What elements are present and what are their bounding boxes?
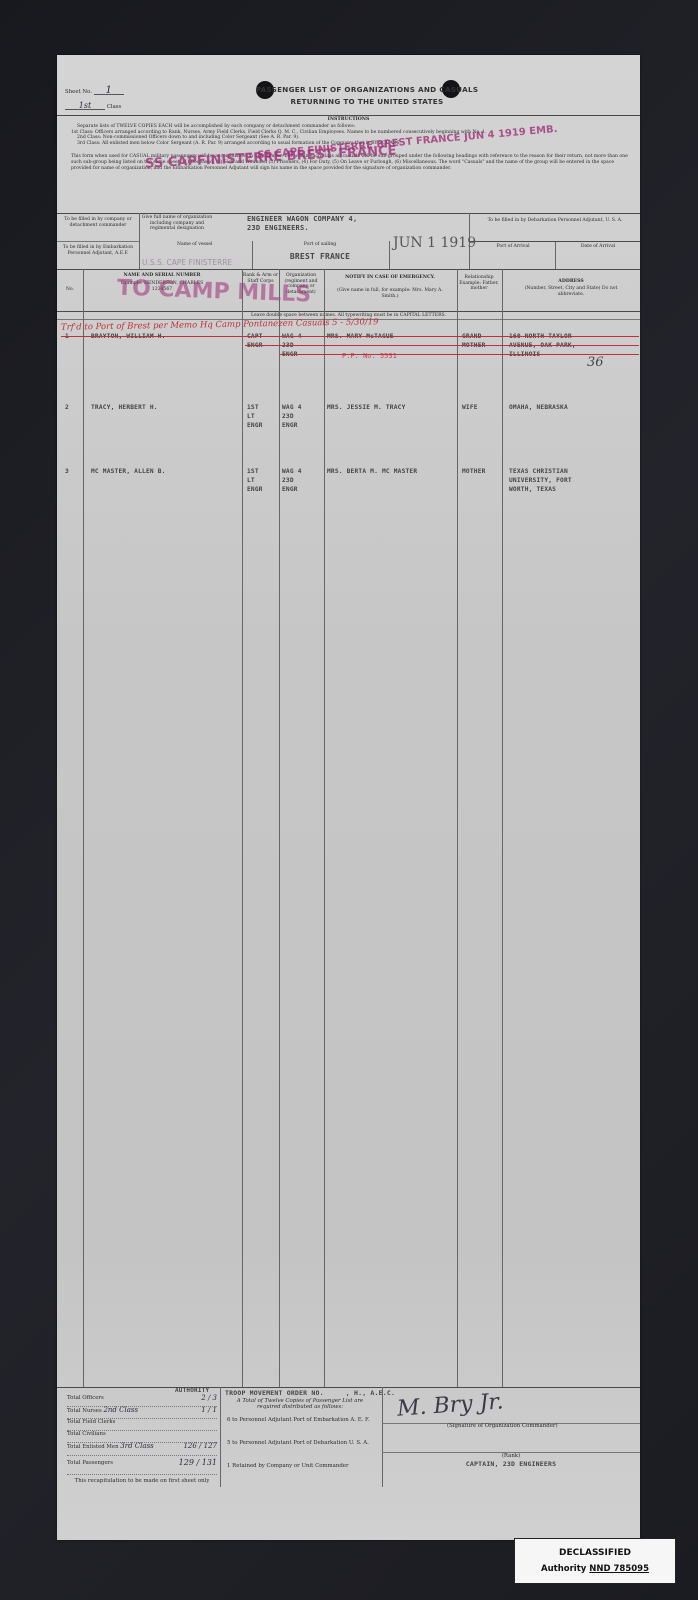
passenger-list-sheet: Sheet No. 1 1st Class PASSENGER LIST OF …: [57, 55, 640, 1540]
divider: [57, 1387, 640, 1388]
row-notify: MRS. JESSIE M. TRACY: [327, 403, 406, 412]
org-line: 23D: [282, 476, 302, 485]
divider: [139, 213, 140, 269]
recap-row: Total Officers 2 / 3: [67, 1395, 217, 1407]
date-arrival-label: Date of Arrival: [557, 244, 639, 250]
recap-label: Total Nurses: [67, 1408, 102, 1414]
divider: [220, 1387, 221, 1487]
port-sailing-value: BREST FRANCE: [255, 252, 385, 261]
org-line: 23D ENGINEERS.: [247, 224, 357, 233]
instructions-heading: INSTRUCTIONS: [57, 117, 640, 123]
rank-value: CAPTAIN, 23D ENGINEERS: [382, 1460, 640, 1469]
org-line: ENGR: [282, 485, 302, 494]
address-line: WORTH, TEXAS: [509, 485, 572, 494]
rank-line: ENGR: [247, 421, 263, 430]
divider: [469, 241, 640, 242]
authority-value: NND 785095: [589, 1564, 649, 1574]
strike-line: [61, 336, 639, 337]
port-arrival-label: Port of Arrival: [471, 244, 555, 250]
col-divider: [279, 269, 280, 1387]
recap-label: Total Enlisted Men: [67, 1444, 119, 1450]
row-no: 3: [65, 467, 69, 476]
recap-row: Total Passengers 129 / 131: [67, 1460, 217, 1475]
divider: [252, 241, 253, 269]
org-line: 23D: [282, 412, 302, 421]
sheet-no-label: Sheet No.: [65, 89, 92, 95]
declassified-authority: Authority NND 785095: [515, 1564, 675, 1574]
rank-label: (Rank): [382, 1453, 640, 1459]
date-sailing-stamp: JUN 1 1919: [393, 235, 476, 251]
row-rank: CAPT ENGR: [247, 332, 263, 350]
divider: [57, 311, 640, 312]
row-relationship: WIFE: [462, 403, 478, 412]
copies-item: 5 to Personnel Adjutant Port of Debarkat…: [227, 1440, 377, 1446]
col-divider: [457, 269, 458, 1387]
col-address-sub: (Number, Street, City and State) Do not …: [513, 286, 629, 297]
debark-fill-label: To be filled in by Debarkation Personnel…: [471, 218, 639, 224]
strike-line: [245, 345, 639, 346]
rank-line: 1ST: [247, 403, 263, 412]
camp-mills-stamp: TO CAMP MILLS: [117, 276, 312, 308]
divider: [382, 1387, 383, 1487]
embark-fill-label: To be filled in by Embarkation Personnel…: [59, 245, 137, 256]
commander-signature: M. Bry Jr.: [396, 1389, 504, 1421]
col-divider: [324, 269, 325, 1387]
org-line: ENGINEER WAGON COMPANY 4,: [247, 215, 357, 224]
col-divider: [502, 269, 503, 1387]
troop-order: TROOP MOVEMENT ORDER NO., H., A.E.C.: [225, 1389, 395, 1398]
strike-line: [279, 354, 639, 355]
recap-value: 1 / 1: [201, 1407, 217, 1413]
declassified-stamp: DECLASSIFIED Authority NND 785095: [514, 1538, 676, 1584]
class-value: 1st: [65, 103, 105, 110]
signature-label: (Signature of Organization Commander): [447, 1423, 558, 1429]
row-relationship: GRAND MOTHER: [462, 332, 486, 350]
copies-title: A Total of Twelve Copies of Passenger Li…: [225, 1398, 375, 1411]
divider: [57, 213, 640, 214]
recap-value: 126 / 127: [183, 1443, 217, 1449]
row-org: WAG 4 23D ENGR: [282, 403, 302, 430]
recap-label: Total Passengers: [67, 1460, 113, 1466]
recap-note-text: This recapitulation to be made on first …: [67, 1478, 217, 1484]
org-line: ENGR: [282, 421, 302, 430]
troop-order-suffix: , H., A.E.C.: [346, 1389, 395, 1397]
org-line: WAG 4: [282, 467, 302, 476]
recap-totals: Total Officers 2 / 3 Total Nurses 2nd Cl…: [67, 1395, 217, 1484]
divider: [389, 241, 390, 269]
document-subtitle: RETURNING TO THE UNITED STATES: [187, 97, 547, 106]
col-address-header: ADDRESS: [503, 279, 639, 285]
divider: [555, 241, 556, 269]
rank-line: 1ST: [247, 467, 263, 476]
divider: [57, 241, 139, 242]
org-prompt: Give full name of organization including…: [141, 215, 213, 232]
recap-label: Total Civilians: [67, 1431, 106, 1437]
margin-note: 36: [587, 355, 604, 370]
org-line: WAG 4: [282, 403, 302, 412]
copies-item: 1 Retained by Company or Unit Commander: [227, 1463, 377, 1469]
divider: [57, 269, 640, 270]
divider: [57, 115, 640, 116]
row-rank: 1ST LT ENGR: [247, 467, 263, 494]
sheet-no: Sheet No. 1: [65, 88, 124, 95]
class-field: 1st Class: [65, 103, 121, 110]
rank-line: LT: [247, 476, 263, 485]
organization-name: ENGINEER WAGON COMPANY 4, 23D ENGINEERS.: [247, 215, 357, 233]
rank-line: ENGR: [247, 485, 263, 494]
company-fill-label: To be filled in by company or detachment…: [59, 217, 137, 228]
row-relationship: MOTHER: [462, 467, 486, 476]
row-name: MC MASTER, ALLEN B.: [91, 467, 166, 476]
recap-row: Total Nurses 2nd Class 1 / 1: [67, 1407, 217, 1419]
col-divider: [83, 269, 84, 1387]
sheet-no-value: 1: [94, 88, 124, 95]
col-notify-sub: (Give name in full, for example: Mrs. Ma…: [335, 288, 445, 299]
row-no: 2: [65, 403, 69, 412]
address-line: TEXAS CHRISTIAN: [509, 467, 572, 476]
row-address: OMAHA, NEBRASKA: [509, 403, 568, 412]
vessel-label: Name of vessel: [177, 242, 212, 248]
troop-order-label: TROOP MOVEMENT ORDER NO.: [225, 1389, 324, 1397]
declassified-label: DECLASSIFIED: [515, 1548, 675, 1558]
recap-row: Total Enlisted Men 3rd Class 126 / 127: [67, 1443, 217, 1456]
address-line: UNIVERSITY, FORT: [509, 476, 572, 485]
copies-item: 6 to Personnel Adjutant Port of Embarkat…: [227, 1417, 377, 1423]
col-relationship-header: Relationship Example: Father, mother: [459, 275, 499, 292]
recap-note: 2nd Class: [103, 1406, 138, 1414]
row-name: TRACY, HERBERT H.: [91, 403, 158, 412]
row-org: WAG 4 23D ENGR: [282, 467, 302, 494]
row-notify: MRS. BERTA M. MC MASTER: [327, 467, 417, 476]
recap-value: 129 / 131: [179, 1460, 217, 1466]
row-address: TEXAS CHRISTIAN UNIVERSITY, FORT WORTH, …: [509, 467, 572, 494]
col-divider: [242, 269, 243, 1387]
document-title: PASSENGER LIST OF ORGANIZATIONS AND CASU…: [187, 85, 547, 94]
authority-label: Authority: [541, 1564, 586, 1574]
recap-label: Total Field Clerks: [67, 1419, 115, 1425]
recap-value: 2 / 3: [201, 1395, 217, 1401]
recap-note: 3rd Class: [120, 1442, 153, 1450]
class-label: Class: [107, 104, 122, 110]
port-sailing-label: Port of sailing: [255, 242, 385, 248]
col-notify-header: NOTIFY IN CASE OF EMERGENCY.: [325, 275, 455, 281]
col-no-header: No.: [57, 287, 83, 293]
recap-label: Total Officers: [67, 1395, 104, 1401]
rank-line: LT: [247, 412, 263, 421]
vessel-name: U.S.S. CAPE FINISTERRE: [142, 258, 232, 267]
recap-row: Total Field Clerks: [67, 1419, 217, 1431]
row-rank: 1ST LT ENGR: [247, 403, 263, 430]
